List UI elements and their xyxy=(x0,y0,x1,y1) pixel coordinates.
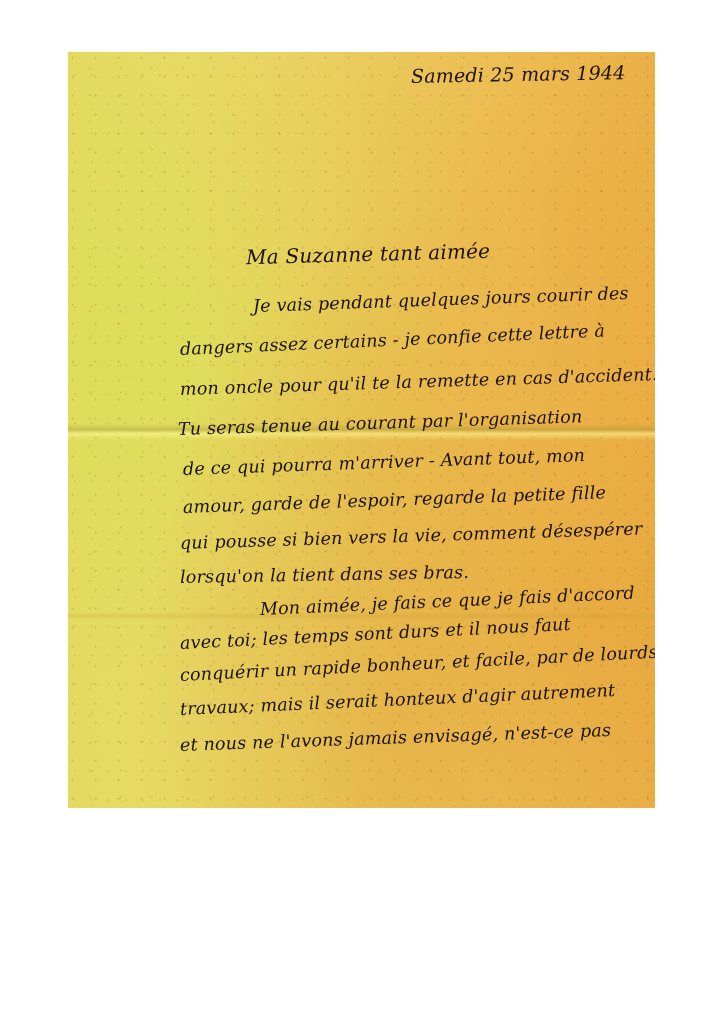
letter-line: qui pousse si bien vers la vie, comment … xyxy=(180,519,643,554)
letter-page: Samedi 25 mars 1944 Ma Suzanne tant aimé… xyxy=(68,52,655,808)
letter-date: Samedi 25 mars 1944 xyxy=(410,62,625,88)
letter-line: mon oncle pour qu'il te la remette en ca… xyxy=(180,365,655,400)
letter-line: Tu seras tenue au courant par l'organisa… xyxy=(178,407,583,440)
letter-line: lorsqu'on la tient dans ses bras. xyxy=(180,563,469,588)
letter-line: et nous ne l'avons jamais envisagé, n'es… xyxy=(180,721,612,756)
letter-line: avec toi; les temps sont durs et il nous… xyxy=(180,615,572,654)
letter-line: Mon aimée, je fais ce que je fais d'acco… xyxy=(260,584,636,620)
letter-line: Je vais pendant quelques jours courir de… xyxy=(253,284,629,317)
letter-line: dangers assez certains - je confie cette… xyxy=(180,321,606,360)
letter-line: de ce qui pourra m'arriver - Avant tout,… xyxy=(183,446,586,480)
letter-line: amour, garde de l'espoir, regarde la pet… xyxy=(183,483,607,518)
letter-line: travaux; mais il serait honteux d'agir a… xyxy=(180,681,616,720)
letter-salutation: Ma Suzanne tant aimée xyxy=(246,239,491,269)
